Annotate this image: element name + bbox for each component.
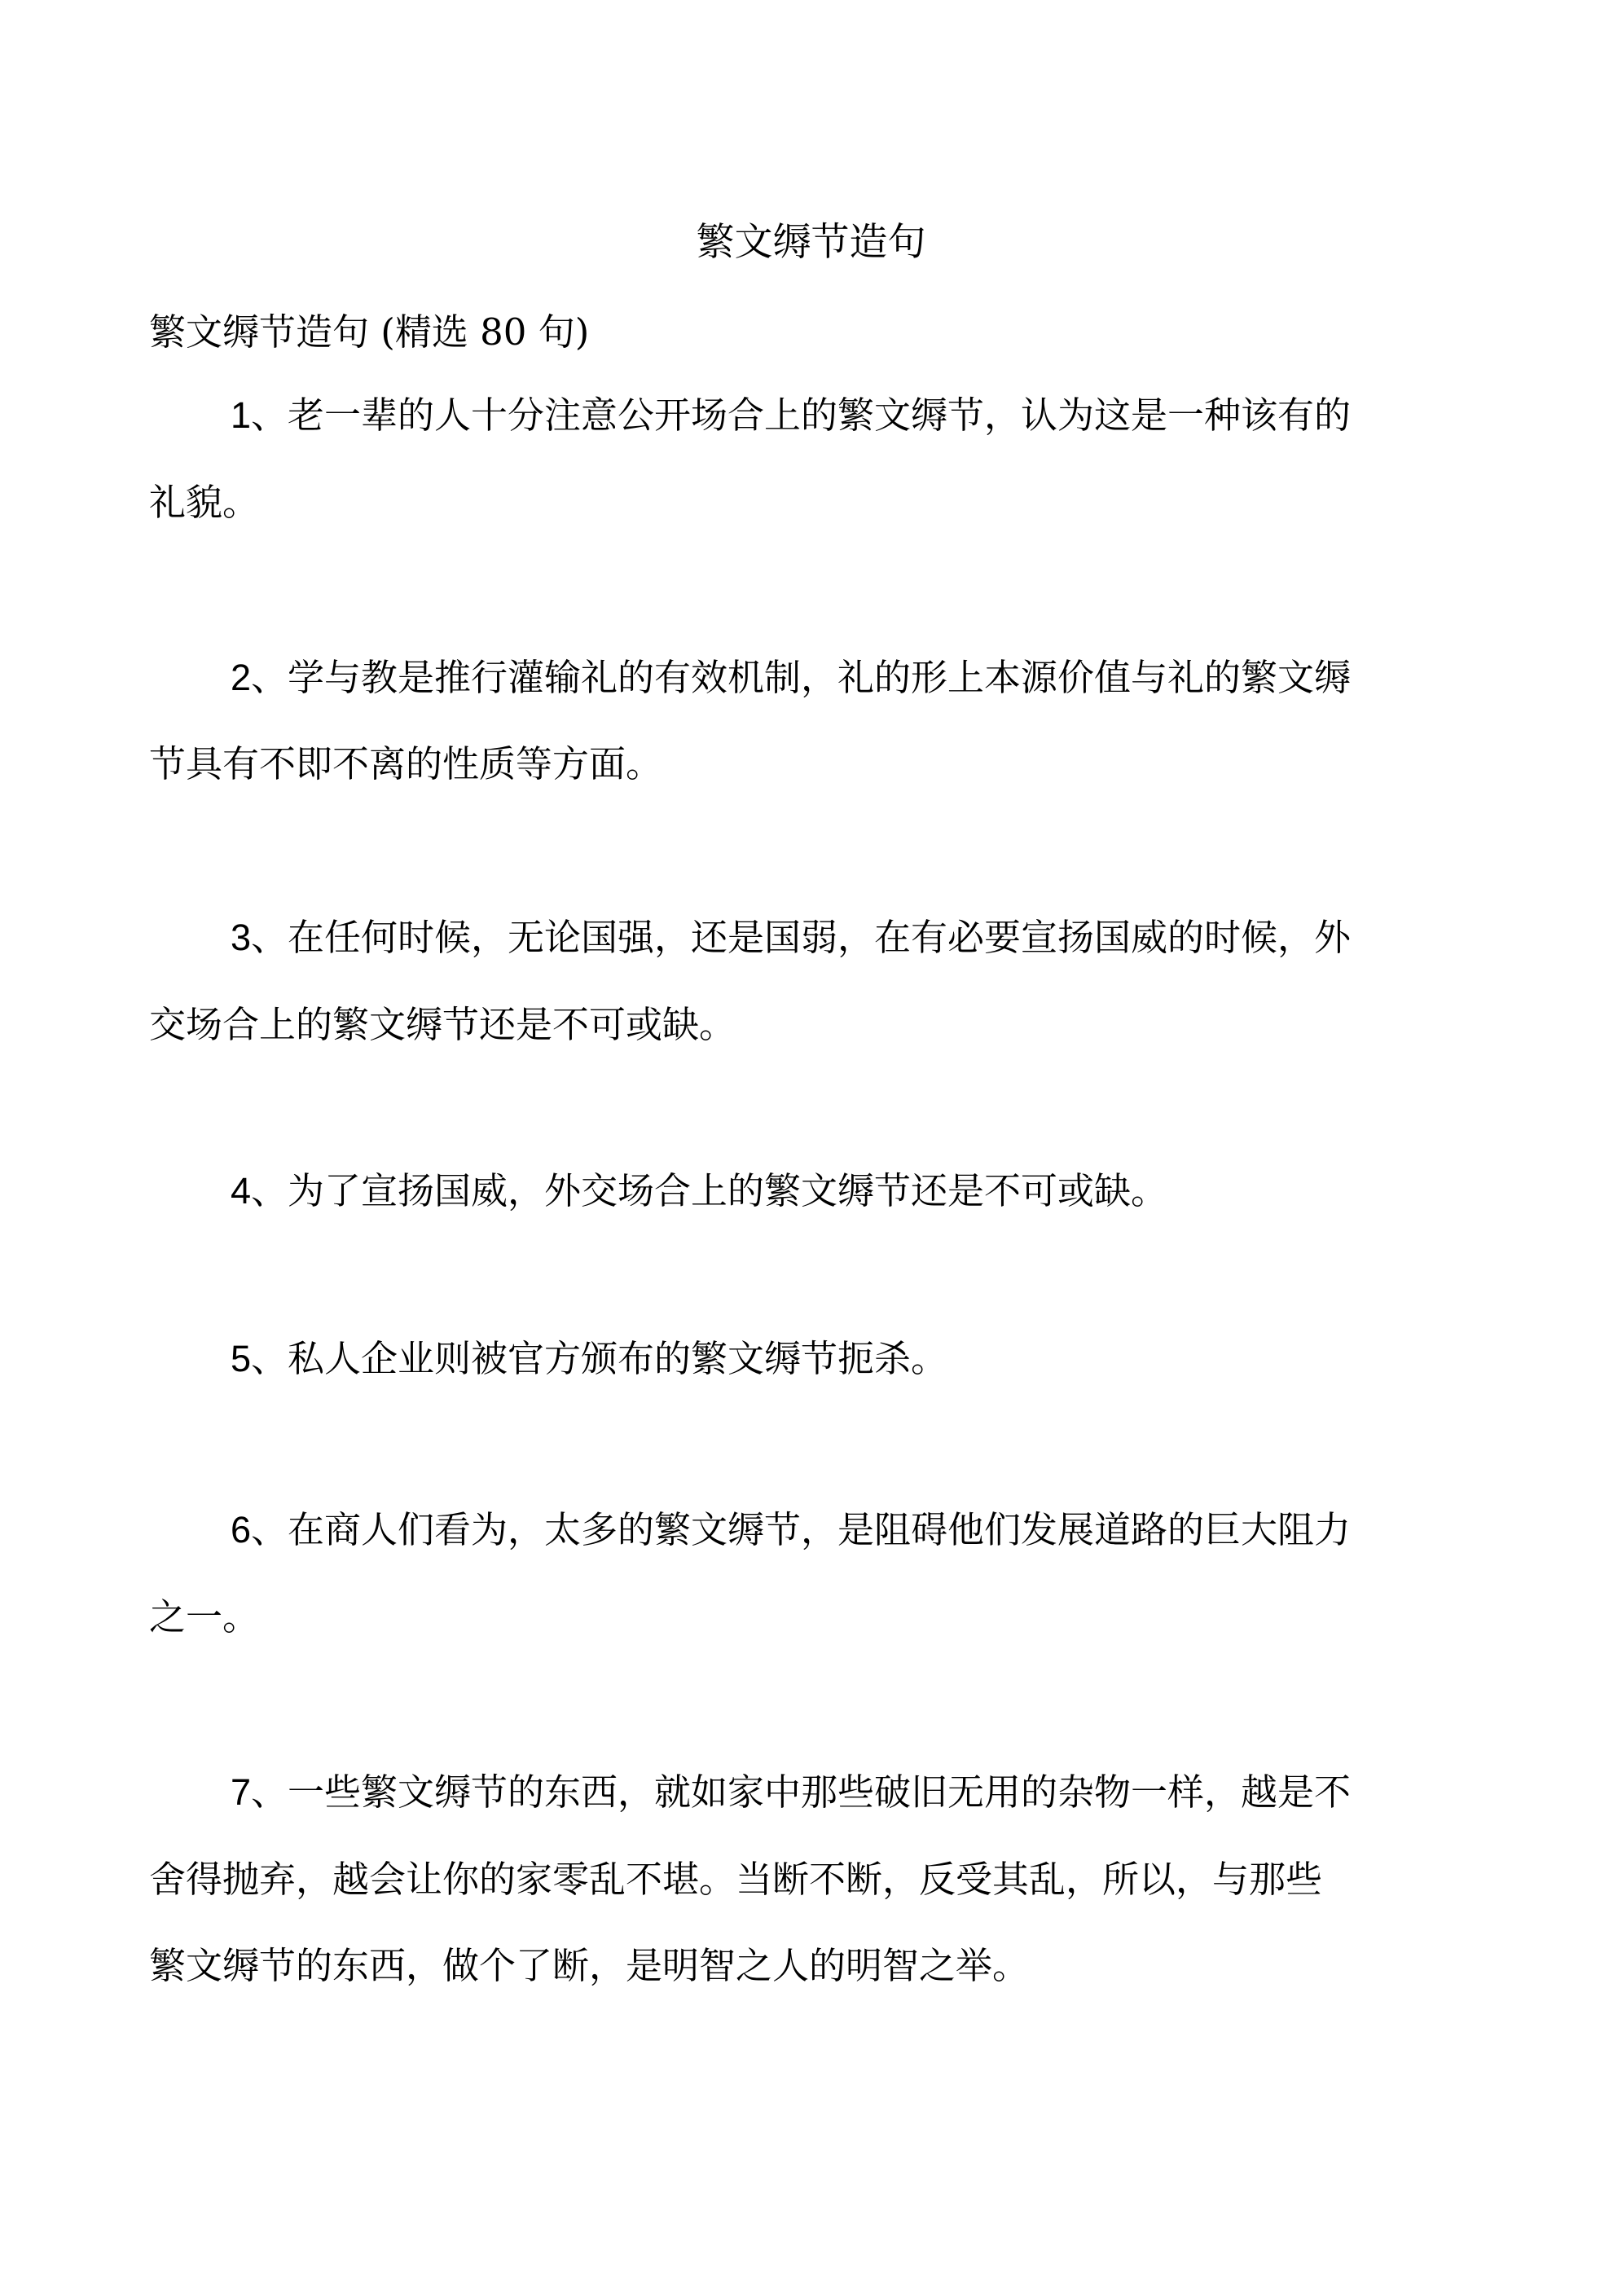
sentence-text: 在任何时候，无论国强，还是国弱，在有必要宣扬国威的时候，外 bbox=[288, 916, 1351, 959]
sentence-text: 为了宣扬国威，外交场合上的繁文缛节还是不可或缺。 bbox=[288, 1169, 1167, 1212]
sentence-line: 之一。 bbox=[149, 1593, 259, 1642]
item-number: 2、 bbox=[231, 657, 288, 698]
item-number: 6、 bbox=[231, 1509, 288, 1550]
sentence-line: 1、老一辈的人十分注意公开场合上的繁文缛节，认为这是一种该有的 bbox=[231, 391, 1351, 440]
sentence-line: 礼貌。 bbox=[149, 478, 259, 527]
sentence-text: 老一辈的人十分注意公开场合上的繁文缛节，认为这是一种该有的 bbox=[288, 394, 1351, 437]
sentence-text: 在商人们看为，太多的繁文缛节，是阻碍他们发展道路的巨大阻力 bbox=[288, 1508, 1351, 1551]
document-page: 繁文缛节造句 繁文缛节造句 (精选 80 句) 1、老一辈的人十分注意公开场合上… bbox=[0, 0, 1622, 2296]
sentence-line: 7、一些繁文缛节的东西，就如家中那些破旧无用的杂物一样，越是不 bbox=[231, 1768, 1351, 1817]
document-title: 繁文缛节造句 bbox=[0, 218, 1622, 267]
item-number: 5、 bbox=[231, 1338, 288, 1379]
sentence-text: 私人企业则被官方颁布的繁文缛节扼杀。 bbox=[288, 1337, 947, 1380]
sentence-line: 节具有不即不离的性质等方面。 bbox=[149, 740, 662, 789]
item-number: 3、 bbox=[231, 917, 288, 958]
item-number: 1、 bbox=[231, 394, 288, 436]
sentence-line: 3、在任何时候，无论国强，还是国弱，在有必要宣扬国威的时候，外 bbox=[231, 913, 1351, 962]
sentence-line: 繁文缛节的东西，做个了断，是明智之人的明智之举。 bbox=[149, 1942, 1029, 1990]
sentence-line: 交场合上的繁文缛节还是不可或缺。 bbox=[149, 1001, 736, 1049]
sentence-line: 5、私人企业则被官方颁布的繁文缛节扼杀。 bbox=[231, 1335, 947, 1383]
item-number: 7、 bbox=[231, 1771, 288, 1813]
sentence-line: 2、学与教是推行灌输礼的有效机制，礼的形上本源价值与礼的繁文缛 bbox=[231, 653, 1351, 702]
item-number: 4、 bbox=[231, 1170, 288, 1212]
sentence-line: 舍得抛弃，越会让你的家零乱不堪。当断不断，反受其乱，所以，与那些 bbox=[149, 1855, 1322, 1904]
sentence-text: 学与教是推行灌输礼的有效机制，礼的形上本源价值与礼的繁文缛 bbox=[288, 656, 1351, 699]
document-subtitle: 繁文缛节造句 (精选 80 句) bbox=[149, 308, 589, 357]
sentence-text: 一些繁文缛节的东西，就如家中那些破旧无用的杂物一样，越是不 bbox=[288, 1770, 1351, 1814]
sentence-line: 6、在商人们看为，太多的繁文缛节，是阻碍他们发展道路的巨大阻力 bbox=[231, 1506, 1351, 1555]
sentence-line: 4、为了宣扬国威，外交场合上的繁文缛节还是不可或缺。 bbox=[231, 1167, 1167, 1216]
